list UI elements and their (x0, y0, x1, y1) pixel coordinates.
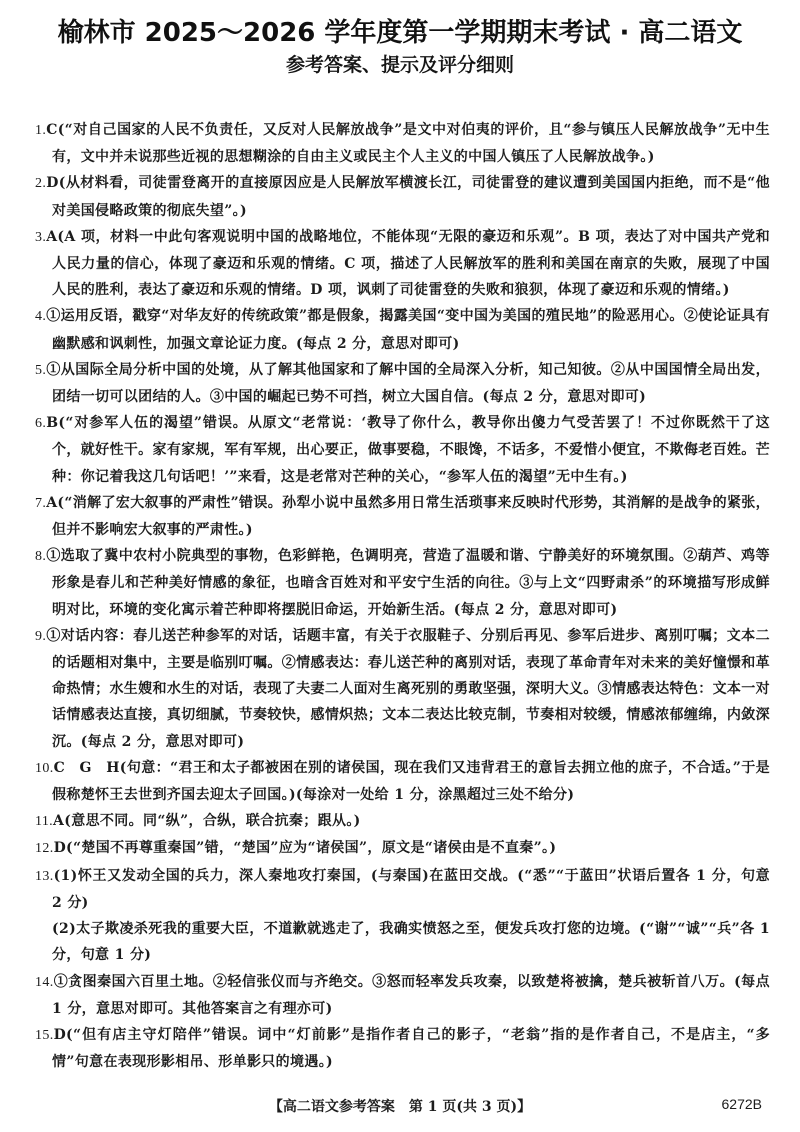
answer-item-15: 15.D(“但有店主守灯陪伴”错误。词中“灯前影”是指作者自己的影子，“老翁”指… (35, 1022, 770, 1075)
answer-item-13: 13.(1)怀王又发动全国的兵力，深人秦地攻打秦国，(与秦国)在蓝田交战。(“悉… (35, 863, 770, 916)
answer-item-10: 10.C G H(句意：“君王和太子都被困在别的诸侯国，现在我们又违背君王的意旨… (35, 755, 770, 808)
answer-item-14: 14.①贪图秦国六百里土地。②轻信张仪而与齐绝交。③怒而轻率发兵攻秦，以致楚将被… (35, 969, 770, 1022)
answer-item-7: 7.A(“消解了宏大叙事的严肃性”错误。孙犁小说中虽然多用日常生活琐事来反映时代… (35, 490, 770, 543)
answer-item-2: 2.D(从材料看，司徒雷登离开的直接原因应是人民解放军横渡长江，司徒雷登的建议遭… (35, 170, 770, 223)
answer-item-5: 5.①从国际全局分析中国的处境，从了解其他国家和了解中国的全局深入分析，知己知彼… (35, 357, 770, 410)
page-number-label: 【高二语文参考答案 第 1 页(共 3 页)】 (0, 1096, 800, 1116)
answer-item-6: 6.B(“对参军人伍的渴望”错误。从原文“老常说：‘教导了你什么，教导你出傻力气… (35, 410, 770, 490)
answer-item-12: 12.D(“楚国不再尊重秦国”错，“楚国”应为“诸侯国”，原文是“诸侯由是不直秦… (35, 835, 770, 862)
answer-item-9: 9.①对话内容：春儿送芒种参军的对话，话题丰富，有关于衣服鞋子、分别后再见、参军… (35, 623, 770, 755)
answer-item-8: 8.①选取了冀中农村小院典型的事物，色彩鲜艳，色调明亮，营造了温暖和谐、宁静美好… (35, 543, 770, 623)
answer-list: 1.C(“对自己国家的人民不负责任，又反对人民解放战争”是文中对伯夷的评价，且“… (35, 117, 770, 1075)
document-code: 6272B (722, 1096, 762, 1112)
answer-item-3: 3.A(A 项，材料一中此句客观说明中国的战略地位，不能体现“无限的豪迈和乐观”… (35, 224, 770, 304)
answer-item-4: 4.①运用反语，戳穿“对华友好的传统政策”都是假象，揭露美国“变中国为美国的殖民… (35, 303, 770, 356)
answer-item-11: 11.A(意思不同。同“纵”，合纵，联合抗秦；跟从。) (35, 808, 770, 835)
document-subtitle: 参考答案、提示及评分细则 (0, 50, 800, 77)
document-title: 榆林市 2025～2026 学年度第一学期期末考试 · 高二语文 (0, 12, 800, 49)
answer-item-13-part-2: (2)太子欺凌杀死我的重要大臣，不道歉就逃走了，我确实愤怒之至，便发兵攻打您的边… (35, 916, 770, 968)
answer-item-1: 1.C(“对自己国家的人民不负责任，又反对人民解放战争”是文中对伯夷的评价，且“… (35, 117, 770, 170)
